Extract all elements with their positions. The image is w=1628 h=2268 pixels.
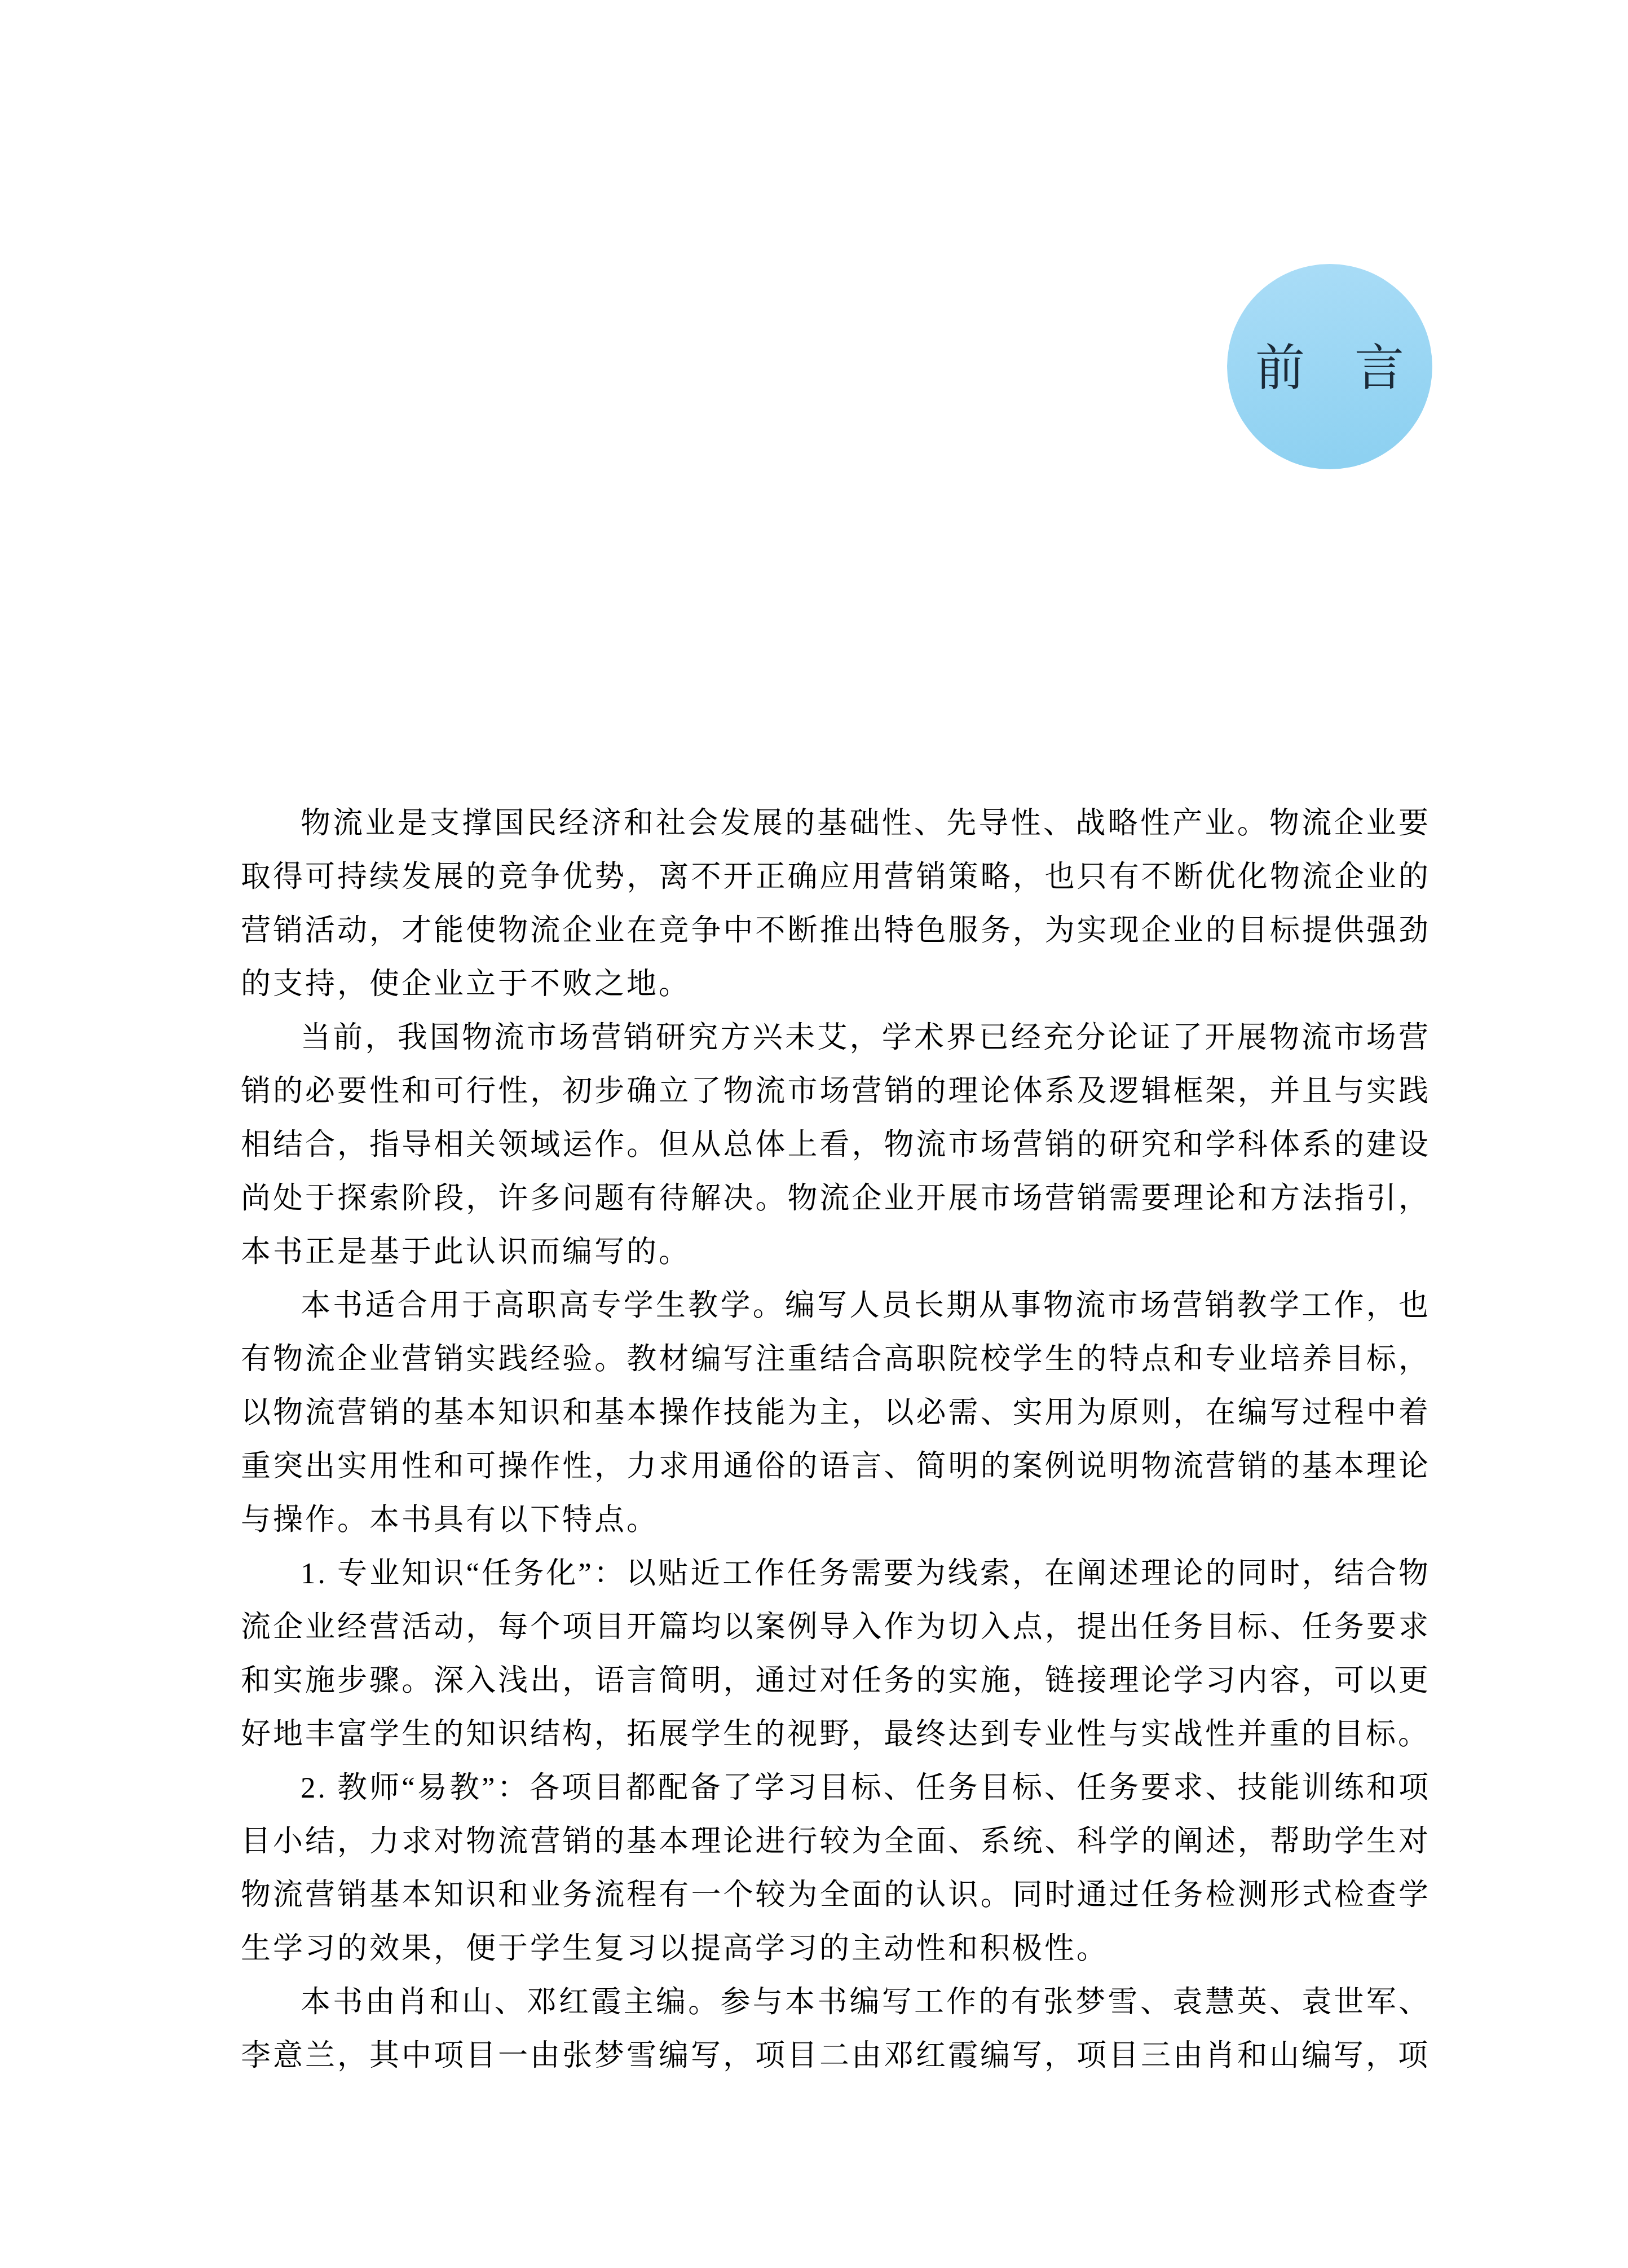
preface-badge-circle: 前 言 (1227, 264, 1432, 469)
preface-body: 物流业是支撑国民经济和社会发展的基础性、先导性、战略性产业。物流企业要取得可持续… (241, 797, 1431, 2083)
paragraph: 2. 教师“易教”：各项目都配备了学习目标、任务目标、任务要求、技能训练和项目小… (241, 1761, 1431, 1976)
paragraph: 本书适合用于高职高专学生教学。编写人员长期从事物流市场营销教学工作，也有物流企业… (241, 1279, 1431, 1547)
paragraph: 1. 专业知识“任务化”：以贴近工作任务需要为线索，在阐述理论的同时，结合物流企… (241, 1547, 1431, 1761)
paragraph: 本书由肖和山、邓红霞主编。参与本书编写工作的有张梦雪、袁慧英、袁世军、李意兰，其… (241, 1976, 1431, 2083)
paragraph: 当前，我国物流市场营销研究方兴未艾，学术界已经充分论证了开展物流市场营销的必要性… (241, 1011, 1431, 1279)
paragraph: 物流业是支撑国民经济和社会发展的基础性、先导性、战略性产业。物流企业要取得可持续… (241, 797, 1431, 1011)
preface-page: 前 言 物流业是支撑国民经济和社会发展的基础性、先导性、战略性产业。物流企业要取… (0, 0, 1628, 2268)
preface-title: 前 言 (1255, 344, 1404, 394)
